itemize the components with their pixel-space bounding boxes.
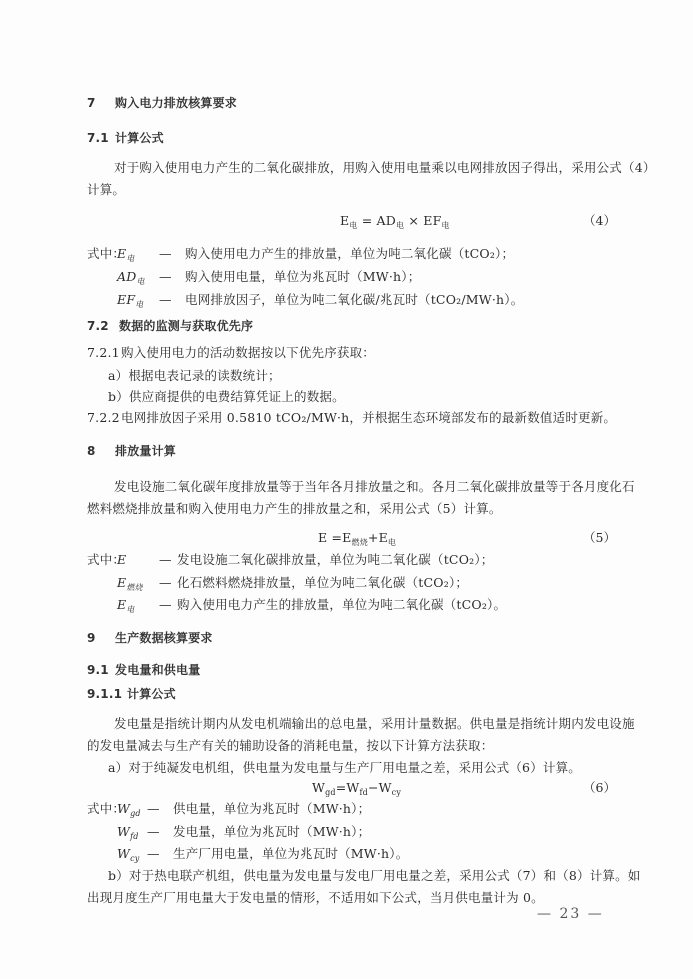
section-title: 发电量和供电量 bbox=[115, 663, 200, 677]
document-page: 7购入电力排放核算要求 7.1计算公式 对于购入使用电力产生的二氧化碳排放，用购… bbox=[0, 0, 693, 979]
equation-number: （4） bbox=[583, 213, 616, 229]
paragraph-line: 计算。 bbox=[87, 182, 125, 198]
clause-7-2-2: 7.2.2电网排放因子采用 0.5810 tCO₂/MW·h，并根据生态环境部发… bbox=[87, 410, 616, 426]
section-title: 购入电力排放核算要求 bbox=[115, 96, 237, 110]
list-item-a: a）根据电表记录的读数统计； bbox=[108, 368, 281, 384]
section-number: 9.1.1 bbox=[87, 686, 127, 702]
section-7-2-heading: 7.2数据的监测与获取优先序 bbox=[87, 318, 253, 334]
formula-6: Wgd=Wfd−Wcy bbox=[312, 780, 401, 801]
section-number: 7.2 bbox=[87, 318, 119, 334]
section-number: 7 bbox=[87, 95, 115, 111]
paragraph-line: 发电量是指统计期内从发电机端输出的总电量，采用计量数据。供电量是指统计期内发电设… bbox=[114, 716, 635, 732]
section-number: 8 bbox=[87, 443, 115, 459]
section-8-heading: 8排放量计算 bbox=[87, 443, 176, 459]
section-title: 数据的监测与获取优先序 bbox=[119, 319, 253, 333]
section-title: 计算公式 bbox=[115, 131, 164, 145]
paragraph-line: 出现月度生产厂用电量大于发电量的情形，不适用如下公式，当月供电量计为 0。 bbox=[87, 890, 544, 906]
definition-row: AD电—购入使用电量，单位为兆瓦时（MW·h）； bbox=[117, 269, 420, 290]
paragraph-line: 对于购入使用电力产生的二氧化碳排放，用购入使用电量乘以电网排放因子得出，采用公式… bbox=[114, 160, 656, 176]
definition-row: EF电—电网排放因子，单位为吨二氧化碳/兆瓦时（tCO₂/MW·h）。 bbox=[117, 292, 523, 313]
section-title: 生产数据核算要求 bbox=[115, 631, 213, 645]
section-number: 9 bbox=[87, 630, 115, 646]
section-title: 计算公式 bbox=[127, 687, 176, 701]
section-7-1-heading: 7.1计算公式 bbox=[87, 130, 164, 146]
definition-row: 式中：E电—购入使用电力产生的排放量，单位为吨二氧化碳（tCO₂）； bbox=[87, 246, 514, 267]
section-9-heading: 9生产数据核算要求 bbox=[87, 630, 213, 646]
section-number: 9.1 bbox=[87, 662, 115, 678]
definition-row: 式中：Wgd—供电量，单位为兆瓦时（MW·h）； bbox=[87, 801, 370, 822]
list-item-b: b）对于热电联产机组，供电量为发电量与发电厂用电量之差，采用公式（7）和（8）计… bbox=[108, 868, 641, 884]
definition-row: 式中：E—发电设施二氧化碳排放量，单位为吨二氧化碳（tCO₂）； bbox=[87, 552, 494, 573]
equation-number: （6） bbox=[583, 780, 616, 796]
definition-row: E电—购入使用电力产生的排放量，单位为吨二氧化碳（tCO₂）。 bbox=[117, 597, 506, 618]
list-item-b: b）供应商提供的电费结算凭证上的数据。 bbox=[108, 389, 345, 405]
section-number: 7.1 bbox=[87, 130, 115, 146]
section-9-1-1-heading: 9.1.1计算公式 bbox=[87, 686, 176, 702]
definition-row: E燃烧—化石燃料燃烧排放量，单位为吨二氧化碳（tCO₂）； bbox=[117, 575, 468, 596]
section-title: 排放量计算 bbox=[115, 444, 176, 458]
paragraph-line: 燃料燃烧排放量和购入使用电力产生的排放量之和，采用公式（5）计算。 bbox=[87, 501, 502, 517]
paragraph-line: 发电设施二氧化碳年度排放量等于当年各月排放量之和。各月二氧化碳排放量等于各月度化… bbox=[114, 479, 635, 495]
section-9-1-heading: 9.1发电量和供电量 bbox=[87, 662, 200, 678]
formula-4: E电 = AD电 × EF电 bbox=[340, 213, 450, 234]
paragraph-line: 的发电量减去与生产有关的辅助设备的消耗电量，按以下计算方法获取： bbox=[87, 738, 493, 754]
section-7-heading: 7购入电力排放核算要求 bbox=[87, 95, 237, 111]
definition-row: Wcy—生产厂用电量，单位为兆瓦时（MW·h）。 bbox=[117, 846, 408, 867]
clause-7-2-1: 7.2.1购入使用电力的活动数据按以下优先序获取： bbox=[87, 345, 375, 361]
formula-5: E =E燃烧+E电 bbox=[318, 530, 396, 551]
list-item-a: a）对于纯凝发电机组，供电量为发电量与生产厂用电量之差，采用公式（6）计算。 bbox=[108, 760, 581, 776]
page-number: — 23 — bbox=[537, 906, 604, 922]
definition-row: Wfd—发电量，单位为兆瓦时（MW·h）； bbox=[117, 824, 370, 845]
equation-number: （5） bbox=[583, 530, 616, 546]
